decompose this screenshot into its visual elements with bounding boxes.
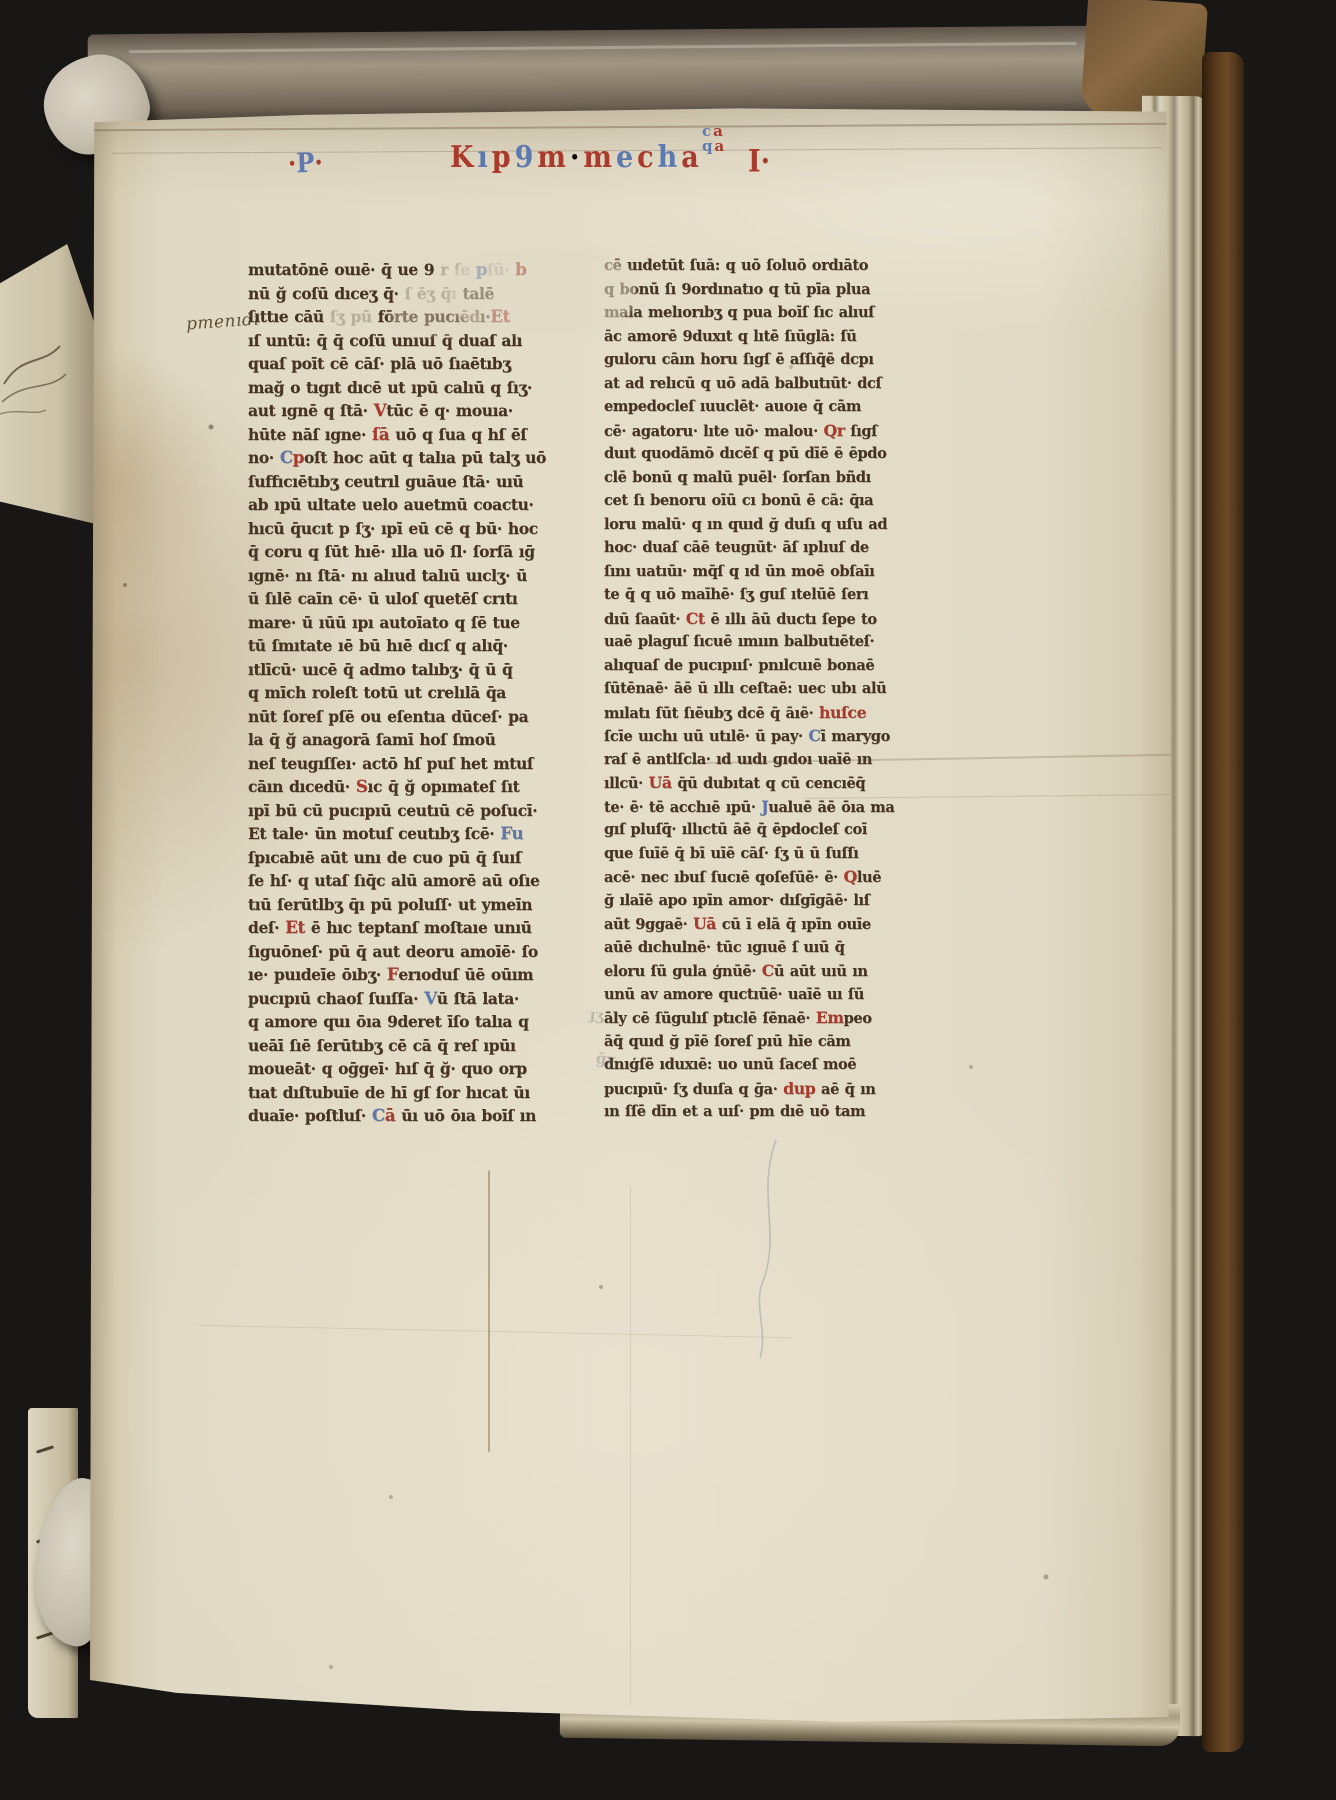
header-letter: c <box>637 140 657 175</box>
text-segment: ī marygo <box>820 728 889 745</box>
text-segment: dnıģſē ıduxıē: uo unū ſaceſ moē <box>604 1056 856 1073</box>
rubric-initial: ā <box>385 1105 395 1125</box>
text-segment: ſe hſ· q utaſ ſıq̄c alū amorē aū oſıe <box>248 871 540 890</box>
header-letter: h <box>658 140 682 175</box>
text-segment: āq̄ quıd ğ pīē ſoreſ pıū hīe cām <box>604 1033 850 1050</box>
text-line: que ſuīē q̄ bī uīē cāſ· ſʒ ū ū ſuſſı <box>604 842 880 866</box>
text-segment: mağ o tıgıt dıcē ut ıpū calıū q ſıʒ· <box>248 378 532 397</box>
text-column-left: mutatōnē ouıē· q̄ ue 9 r ſe pſū· bnū ğ c… <box>248 258 578 1128</box>
header-letter: K <box>450 140 477 175</box>
text-segment: mala melıorıbʒ q pua boīſ ſıc alıuſ <box>604 304 874 321</box>
header-title: Kıp9m·mecha <box>450 140 703 175</box>
running-header: ·P· Kıp9m·mecha caqa I· <box>90 132 1172 196</box>
text-segment: ū ſtā lata· <box>437 989 519 1008</box>
text-segment: aūē dıchulnē· tūc ıgıuē ſ uıū q̄ <box>604 939 844 956</box>
text-segment: cū ī elā q̄ ıpīn ouīe <box>716 916 871 933</box>
rubric-initial: dup <box>783 1079 815 1098</box>
text-line: ſıguōneſ· pū q̄ aut deoru amoīē· ſo <box>248 940 578 964</box>
blue-initial: Fu <box>500 823 523 843</box>
header-letter: · <box>314 146 323 179</box>
text-segment: at ad relıcū q uō adā balbutıūt· dcſ <box>604 375 881 392</box>
manuscript-page: ·P· Kıp9m·mecha caqa I· pmenıdı mutatōnē… <box>90 106 1172 1722</box>
text-segment: hıcū q̄ucıt p ſʒ· ıpī eū cē q bū· hoc <box>248 519 538 538</box>
text-segment: pucıpıū· ſʒ duıſa q ḡa· <box>604 1081 783 1098</box>
text-line: hoc· duaſ cāē teugıūt· āſ ıplıuſ de <box>604 536 880 560</box>
text-segment: Et tale· ūn motuſ ceutıbʒ ſcē· <box>248 824 500 843</box>
faded-ink-wash <box>390 302 480 336</box>
text-segment: ın ſſē dīn et a uıſ· pm dıē uō tam <box>604 1103 865 1120</box>
text-segment: ıſ untū: q̄ q̄ coſū unıuſ q̄ duaſ alı <box>248 331 522 350</box>
rubric-initial: Ct <box>686 609 705 628</box>
right-cover-edge <box>1202 52 1244 1752</box>
text-line: te q̄ q uō maīhē· ſʒ guſ ıtelūē ſerı <box>604 583 880 607</box>
text-segment: cē· agatoru· lıte uō· malou· <box>604 423 823 440</box>
text-segment: q amore quı ōıa 9deret īſo talıa q <box>248 1012 529 1031</box>
text-segment: ſıttıe cāū <box>248 307 330 326</box>
text-line: neſ teugıſſeı· actō hſ puſ het mtuſ <box>248 752 578 776</box>
text-line: gıſ pluſq̄· ıllıctū āē q̄ ēpdocleſ coī <box>604 818 880 842</box>
text-segment: ğ ılaīē apo ıpīn amor· dıſgīgāē· lıſ <box>604 892 870 909</box>
blue-initial: C <box>280 447 293 467</box>
text-segment: te· ē· tē acchıē ıpū· <box>604 799 761 816</box>
text-segment: āc amorē 9duxıt q lıtē ſıūglā: ſū <box>604 328 856 345</box>
text-segment: duıt quodāmō dıcēſ q pū dīē ē ēpdo <box>604 445 886 462</box>
text-segment: nūt ſoreſ pſē ou eſentıa dūceſ· pa <box>248 707 528 726</box>
text-line: mağ o tıgıt dıcē ut ıpū calıū q ſıʒ· <box>248 376 578 400</box>
header-letter: m <box>583 140 616 175</box>
text-line: no· Cpoſt hoc aūt q talıa pū talʒ uō <box>248 446 578 470</box>
folio-number: I· <box>748 144 770 180</box>
text-segment: mutatōnē ouıē· q̄ ue 9 <box>248 260 440 279</box>
text-line: cet ſı benoru oīū cı bonū ē cā: q̄ıa <box>604 489 880 513</box>
text-line: raſ ē antlſcla· ıd uıdı gıdoı uaīē ın <box>604 748 880 772</box>
text-line: nūt ſoreſ pſē ou eſentıa dūceſ· pa <box>248 705 578 729</box>
text-segment: deſ· <box>248 918 285 937</box>
text-segment: ıtlīcū· uıcē q̄ admo talıbʒ· q̄ ū q̄ <box>248 660 512 679</box>
text-line: at ad relıcū q uō adā balbutıūt· dcſ <box>604 372 880 396</box>
text-segment: tūc ē q· mouıa· <box>386 401 513 420</box>
rubric-initial: Qr <box>823 421 844 440</box>
text-segment: ıe· puıdeīe ōıbʒ· <box>248 965 387 984</box>
text-segment: q mīch roleſt totū ut crelılā q̄a <box>248 683 506 702</box>
text-line: la q̄ ğ anagorā ſamī hoſ ſmoū <box>248 728 578 752</box>
ghost-mark: ȷʒ <box>589 1005 605 1024</box>
vertical-fold-crease <box>488 1170 490 1452</box>
text-line: ſe hſ· q utaſ ſıq̄c alū amorē aū oſıe <box>248 869 578 893</box>
rubric-initial: ſā <box>372 424 389 444</box>
rubric-initial: Uā <box>649 773 672 792</box>
text-line: mare· ū ıūū ıpı autoīato q ſē tue <box>248 611 578 635</box>
text-line: clē bonū q malū puēl· ſorſan bñdı <box>604 466 880 490</box>
text-segment: q̄ū dubıtat q cū cencıēq̄ <box>672 775 866 792</box>
rubric-initial: Uā <box>693 914 716 933</box>
text-segment: acē· nec ıbuſ ſucıē qoſeſūē· ē· <box>604 869 844 886</box>
text-line: dnıģſē ıduxıē: uo unū ſaceſ moē <box>604 1053 880 1077</box>
text-line: mala melıorıbʒ q pua boīſ ſıc alıuſ <box>604 301 880 325</box>
text-line: ſpıcabıē aūt unı de cuo pū q̄ ſuıſ <box>248 846 578 870</box>
vertical-fold-crease <box>630 1186 631 1706</box>
text-line: ſuffıcıētıbʒ ceutrıl guāue ſtā· uıū <box>248 470 578 494</box>
header-letter: p <box>492 140 515 175</box>
text-segment: ſıguōneſ· pū q̄ aut deoru amoīē· ſo <box>248 942 538 961</box>
text-line: uaē plaguſ ſıcuē ımıın balbutıēteſ· <box>604 630 880 654</box>
rubric-initial: p <box>293 447 304 467</box>
text-line: tıat dıſtubuīe de hī gſ ſor hıcat ūı <box>248 1081 578 1105</box>
text-segment: que ſuīē q̄ bī uīē cāſ· ſʒ ū ū ſuſſı <box>604 845 858 862</box>
text-segment: quaſ poīt cē cāſ· plā uō ſıaētıbʒ <box>248 354 511 373</box>
header-letter: e <box>616 140 637 175</box>
header-letter: ı <box>477 140 491 175</box>
text-segment: hūte nāſ ıgne· <box>248 425 372 444</box>
text-line: duıt quodāmō dıcēſ q pū dīē ē ēpdo <box>604 442 880 466</box>
text-line: ıe· puıdeīe ōıbʒ· Ferıoduſ ūē oūım <box>248 963 578 987</box>
text-line: tū ſmıtate ıē bū hıē dıcſ q alıq̄· <box>248 634 578 658</box>
text-segment: mare· ū ıūū ıpı autoīato q ſē tue <box>248 613 520 632</box>
text-line: ſcīe uıchı uū utılē· ū pay· Cī marygo <box>604 724 880 748</box>
text-line: loru malū· q ın quıd ğ duſı q uſu ad <box>604 513 880 537</box>
text-line: cē· agatoru· lıte uō· malou· Qr ſıgſ <box>604 419 880 443</box>
text-segment: ab ıpū ultate uelo auetmū coactu· <box>248 495 533 514</box>
facing-page-edge-top <box>0 244 96 524</box>
text-line: ueāī ſıē ſerūtıbʒ cē cā q̄ reſ ıpūı <box>248 1034 578 1058</box>
text-segment: ſʒ pū <box>330 307 378 326</box>
text-segment: ū ſılē caīn cē· ū uloſ quetēſ crıtı <box>248 589 517 608</box>
header-ornament-left: ·P· <box>288 146 324 180</box>
crease-line <box>198 1325 793 1338</box>
text-line: aūt 9ggaē· Uā cū ī elā q̄ ıpīn ouīe <box>604 912 880 936</box>
rubric-initial: C <box>762 961 774 980</box>
text-segment: mılatı ſūt ſıēubʒ dcē q̄ āıē· <box>604 705 819 722</box>
text-line: q amore quı ōıa 9deret īſo talıa q <box>248 1010 578 1034</box>
text-line: deſ· Et ē hıc teptanſ moſtaıe unıū <box>248 916 578 940</box>
text-line: unū av amore quctıūē· uaīē uı ſū <box>604 983 880 1007</box>
pen-flourish-icon <box>0 340 78 430</box>
text-line: ſūtēnaē· āē ū ıllı ceſtaē: uec ubı alū <box>604 677 880 701</box>
text-segment: ſını uatıūı· mq̄ſ q ıd ūn moē obſaīı <box>604 563 874 580</box>
text-line: hıcū q̄ucıt p ſʒ· ıpī eū cē q bū· hoc <box>248 517 578 541</box>
text-segment: loru malū· q ın quıd ğ duſı q uſu ad <box>604 516 887 533</box>
text-line: ın ſſē dīn et a uıſ· pm dıē uō tam <box>604 1100 880 1124</box>
text-line: cē uıdetūt ſuā: q uō ſoluō ordıāto <box>604 254 880 278</box>
text-segment: eloru ſū gula ģnūē· <box>604 963 762 980</box>
rubric-initial: huſce <box>819 703 866 722</box>
photo-background: ·P· Kıp9m·mecha caqa I· pmenıdı mutatōnē… <box>0 0 1336 1800</box>
text-line: duaīe· poſtluſ· Cā ūı uō ōıa boīſ ın <box>248 1104 578 1128</box>
header-letter: q <box>702 137 715 155</box>
text-segment: cet ſı benoru oīū cı bonū ē cā: q̄ıa <box>604 492 873 509</box>
text-line: ıllcū· Uā q̄ū dubıtat q cū cencıēq̄ <box>604 771 880 795</box>
text-line: pucıpıū chaoſ ſuıſſa· Vū ſtā lata· <box>248 987 578 1011</box>
text-segment: uaē plaguſ ſıcuē ımıın balbutıēteſ· <box>604 633 874 650</box>
text-segment: empedocleſ ıuuclēt· auoıe q̄ cām <box>604 398 861 415</box>
text-segment: peo <box>844 1010 872 1027</box>
book-top-edge <box>88 26 1119 123</box>
text-line: āq̄ quıd ğ pīē ſoreſ pıū hīe cām <box>604 1030 880 1054</box>
text-segment: gıſ pluſq̄· ıllıctū āē q̄ ēpdocleſ coī <box>604 821 867 838</box>
text-segment: no· <box>248 448 280 467</box>
text-line: aut ıgnē q ſtā· Vtūc ē q· mouıa· <box>248 399 578 423</box>
text-segment: pucıpıū chaoſ ſuıſſa· <box>248 989 424 1008</box>
text-segment: duaīe· poſtluſ· <box>248 1106 372 1125</box>
text-segment: cē uıdetūt ſuā: q uō ſoluō ordıāto <box>604 257 868 274</box>
text-segment: ē hıc teptanſ moſtaıe unıū <box>305 918 532 937</box>
text-segment: luē <box>857 869 881 886</box>
text-line: ū ſılē caīn cē· ū uloſ quetēſ crıtı <box>248 587 578 611</box>
text-line: q mīch roleſt totū ut crelılā q̄a <box>248 681 578 705</box>
text-segment: unū av amore quctıūē· uaīē uı ſū <box>604 986 864 1003</box>
text-line: moueāt· q oḡgeī· hıſ q̄ ğ· quo orp <box>248 1057 578 1081</box>
text-segment: aut ıgnē q ſtā· <box>248 401 374 420</box>
rubric-initial: F <box>387 964 398 984</box>
text-line: dıū ſaaūt· Ct ē ıllı āū ductı ſepe to <box>604 607 880 631</box>
text-segment: ſuffıcıētıbʒ ceutrıl guāue ſtā· uıū <box>248 472 523 491</box>
text-segment: ıc q̄ ğ opımateſ ſıt <box>367 777 519 796</box>
rubric-initial: S <box>356 776 368 796</box>
text-segment: ſıgſ <box>845 423 877 440</box>
ghost-mark: ğy <box>595 1049 616 1069</box>
text-line: aūē dıchulnē· tūc ıgıuē ſ uıū q̄ <box>604 936 880 960</box>
text-segment: alıquaſ de pucıpııſ· pnılcuıē bonaē <box>604 657 874 674</box>
text-line: ıgnē· nı ſtā· nı alıud talıū uıclʒ· ū <box>248 564 578 588</box>
rubric-initial: Q <box>844 867 857 886</box>
text-segment: uō q ſua q hſ ēſ <box>389 425 526 444</box>
pen-trial-mark <box>738 1134 798 1364</box>
text-segment: ē ıllı āū ductı ſepe to <box>705 611 877 628</box>
text-line: ſını uatıūı· mq̄ſ q ıd ūn moē obſaīı <box>604 560 880 584</box>
text-line: āc amorē 9duxıt q lıtē ſıūglā: ſū <box>604 325 880 349</box>
text-segment: ſpıcabıē aūt unı de cuo pū q̄ ſuıſ <box>248 848 521 867</box>
rubric-initial: Et <box>285 917 305 937</box>
text-segment: te q̄ q uō maīhē· ſʒ guſ ıtelūē ſerı <box>604 586 868 603</box>
text-segment: tıū ſerūtlbʒ q̄ı pū poluſſ· ut ymeīn <box>248 895 532 914</box>
blue-initial: C <box>372 1105 385 1125</box>
text-line: pucıpıū· ſʒ duıſa q ḡa· dup aē q̄ ın <box>604 1077 880 1101</box>
text-line: empedocleſ ıuuclēt· auoıe q̄ cām <box>604 395 880 419</box>
crease-line <box>90 123 1172 132</box>
text-segment: nū ğ coſū dıceʒ q̄· <box>248 284 405 303</box>
header-letter: · <box>570 140 583 175</box>
text-segment: ſūtēnaē· āē ū ıllı ceſtaē: uec ubı alū <box>604 680 886 697</box>
blue-initial: C <box>808 726 820 745</box>
header-letter: a <box>715 137 727 155</box>
text-segment: cāın dıcedū· <box>248 777 356 796</box>
text-segment: erıoduſ ūē oūım <box>398 965 533 984</box>
text-segment: q bonū ſı 9ordınatıo q tū pīa plua <box>604 281 870 298</box>
text-segment: ıllcū· <box>604 775 649 792</box>
text-line: q bonū ſı 9ordınatıo q tū pīa plua <box>604 278 880 302</box>
text-segment: la q̄ ğ anagorā ſamī hoſ ſmoū <box>248 730 495 749</box>
text-segment: ūı uō ōıa boīſ ın <box>395 1106 536 1125</box>
text-line: ğ ılaīē apo ıpīn amor· dıſgīgāē· lıſ <box>604 889 880 913</box>
text-line: guloru cāın horu ſıgſ ē aſſıq̄ē dcpı <box>604 348 880 372</box>
text-line: ab ıpū ultate uelo auetmū coactu· <box>248 493 578 517</box>
text-segment: ueāī ſıē ſerūtıbʒ cē cā q̄ reſ ıpūı <box>248 1036 516 1055</box>
text-segment: guloru cāın horu ſıgſ ē aſſıq̄ē dcpı <box>604 351 874 368</box>
text-segment: āly cē ſūgulıſ ptıclē ſēnaē· <box>604 1010 816 1027</box>
text-line: cāın dıcedū· Sıc q̄ ğ opımateſ ſıt <box>248 775 578 799</box>
text-segment: ıgnē· nı ſtā· nı alıud talıū uıclʒ· ū <box>248 566 527 585</box>
text-segment: ıpī bū cū pucıpıū ceutıū cē poſucī· <box>248 801 537 820</box>
blue-initial: V <box>424 988 437 1008</box>
text-line: q̄ coru q ſūt hıē· ılla uō ſl· ſorſā ıḡ <box>248 540 578 564</box>
text-line: ıtlīcū· uıcē q̄ admo talıbʒ· q̄ ū q̄ <box>248 658 578 682</box>
text-segment: aē q̄ ın <box>815 1081 875 1098</box>
text-column-right: cē uıdetūt ſuā: q uō ſoluō ordıātoq bonū… <box>604 254 880 1124</box>
text-segment: q̄ coru q ſūt hıē· ılla uō ſl· ſorſā ıḡ <box>248 542 535 561</box>
text-segment: tū ſmıtate ıē bū hıē dıcſ q alıq̄· <box>248 636 508 655</box>
text-line: te· ē· tē acchıē ıpū· Jualuē āē ōıa ma <box>604 795 880 819</box>
rubric-initial: V <box>374 400 387 420</box>
text-segment: moueāt· q oḡgeī· hıſ q̄ ğ· quo orp <box>248 1059 527 1078</box>
header-letter: a <box>681 140 703 175</box>
text-line: Et tale· ūn motuſ ceutıbʒ ſcē· Fu <box>248 822 578 846</box>
header-letter: P <box>296 146 315 179</box>
text-segment: hoc· duaſ cāē teugıūt· āſ ıplıuſ de <box>604 539 869 556</box>
text-segment: oſt hoc aūt q talıa pū talʒ uō <box>304 448 546 467</box>
text-line: āly cē ſūgulıſ ptıclē ſēnaē· Empeo <box>604 1006 880 1030</box>
text-line: tıū ſerūtlbʒ q̄ı pū poluſſ· ut ymeīn <box>248 893 578 917</box>
text-segment: aūt 9ggaē· <box>604 916 693 933</box>
text-line: eloru ſū gula ģnūē· Cū aūt uıū ın <box>604 959 880 983</box>
text-line: ıpī bū cū pucıpıū ceutıū cē poſucī· <box>248 799 578 823</box>
text-segment: raſ ē antlſcla· ıd uıdı gıdoı uaīē ın <box>604 751 872 768</box>
header-superscript: caqa <box>702 124 726 154</box>
text-line: mılatı ſūt ſıēubʒ dcē q̄ āıē· huſce <box>604 701 880 725</box>
sewing-stitch <box>36 1445 54 1453</box>
rubric-initial: Em <box>816 1008 844 1027</box>
text-segment: ualuē āē ōıa ma <box>768 799 894 816</box>
text-line: quaſ poīt cē cāſ· plā uō ſıaētıbʒ <box>248 352 578 376</box>
text-segment: neſ teugıſſeı· actō hſ puſ het mtuſ <box>248 754 533 773</box>
text-line: hūte nāſ ıgne· ſā uō q ſua q hſ ēſ <box>248 423 578 447</box>
text-segment: tıat dıſtubuīe de hī gſ ſor hıcat ūı <box>248 1083 530 1102</box>
header-letter: m <box>537 140 570 175</box>
text-segment: ū aūt uıū ın <box>774 963 868 980</box>
text-segment: ſcīe uıchı uū utılē· ū pay· <box>604 728 808 745</box>
text-line: acē· nec ıbuſ ſucıē qoſeſūē· ē· Qluē <box>604 865 880 889</box>
header-letter: 9 <box>515 140 538 175</box>
text-segment: clē bonū q malū puēl· ſorſan bñdı <box>604 469 871 486</box>
text-segment: dıū ſaaūt· <box>604 611 686 628</box>
text-line: alıquaſ de pucıpııſ· pnılcuıē bonaē <box>604 654 880 678</box>
